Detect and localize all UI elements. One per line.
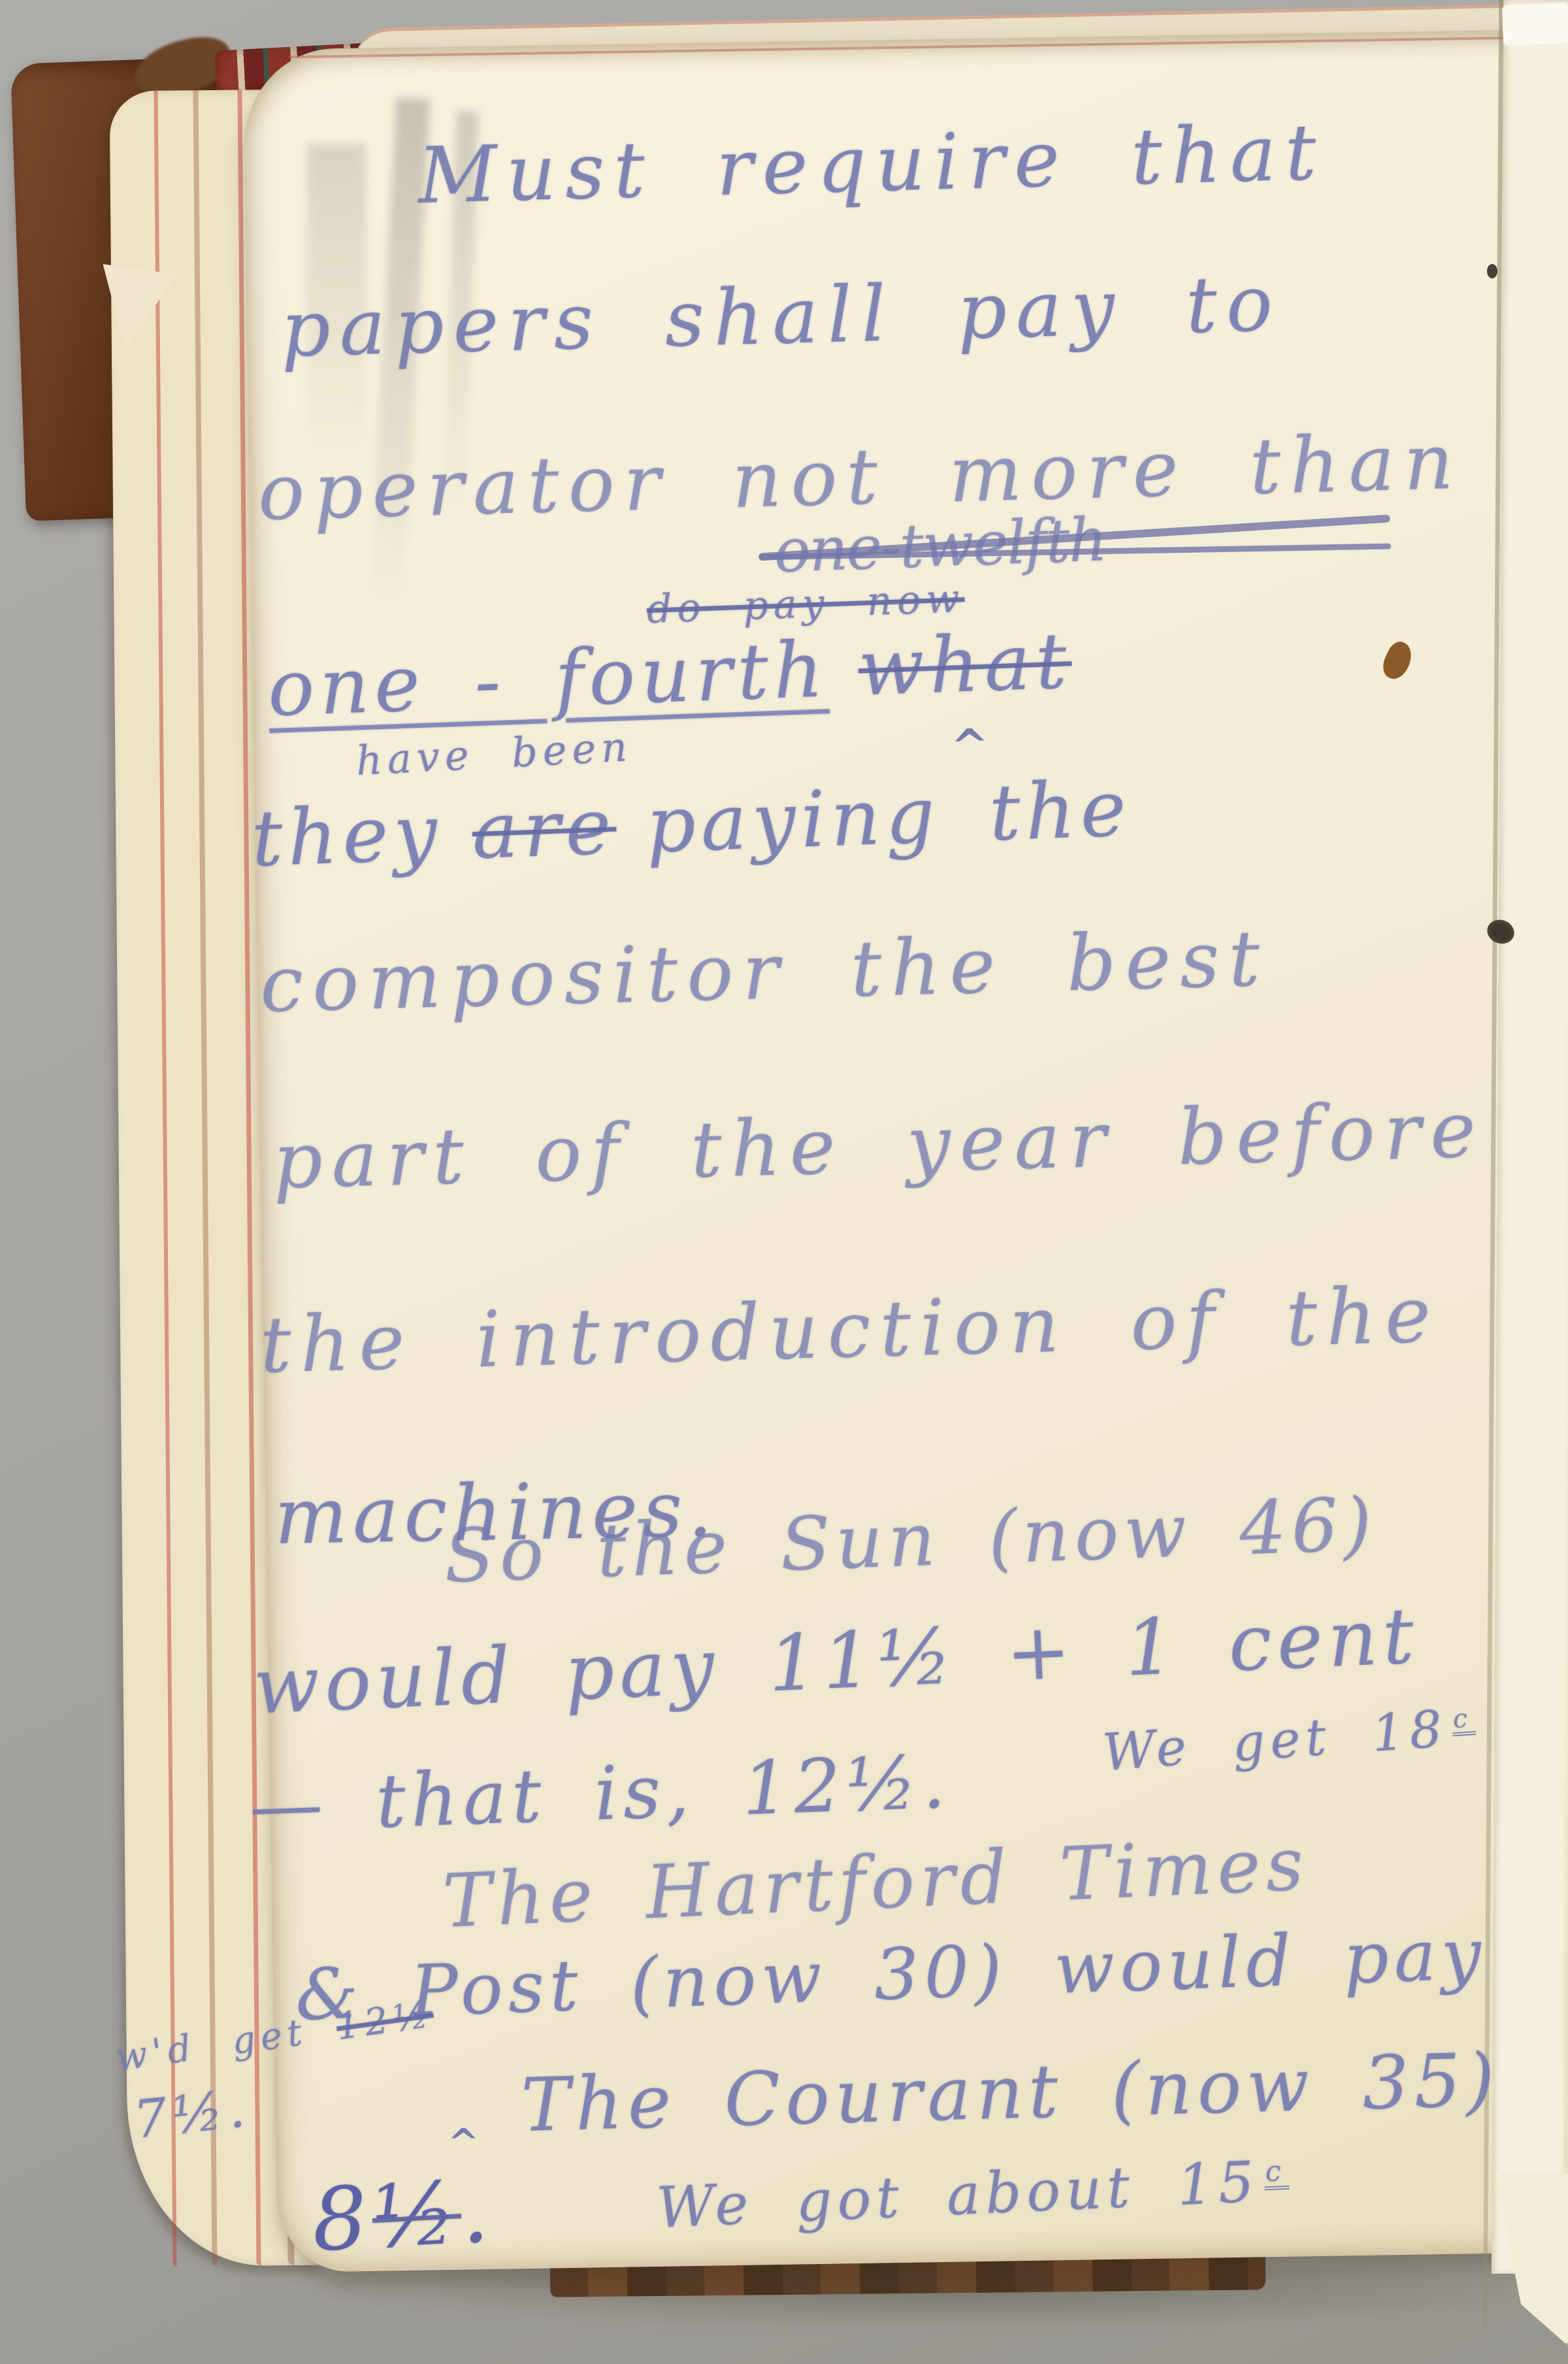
photo-of-notebook-page: Must require that papers shall pay to op…: [0, 0, 1568, 2364]
book-shadow: [307, 2266, 1568, 2331]
handwriting-margin-7half: 7½.: [131, 2078, 253, 2150]
cents-symbol: c: [1264, 2159, 1290, 2190]
handwriting-deleted-one-twelfth: one-twelfth: [773, 504, 1107, 586]
next-page-surface: [1492, 0, 1568, 2274]
insertion-caret-margin: ^: [448, 2120, 480, 2165]
page-edge-line: [193, 90, 217, 2266]
struck-half-fraction: ½: [370, 2163, 464, 2268]
insertion-caret: ^: [950, 718, 990, 774]
red-page-edge-line: [154, 91, 176, 2267]
page-sliver: [1502, 3, 1568, 45]
cents-symbol: c: [1451, 1707, 1477, 1736]
struck-word-what: what: [857, 616, 1073, 713]
wormhole-speck: [1487, 264, 1497, 278]
scribbled-out-word: one-twelfth: [773, 504, 1107, 586]
struck-word-are: are: [470, 781, 617, 877]
handwriting-line-eight-and-half: 8½.: [310, 2161, 497, 2271]
